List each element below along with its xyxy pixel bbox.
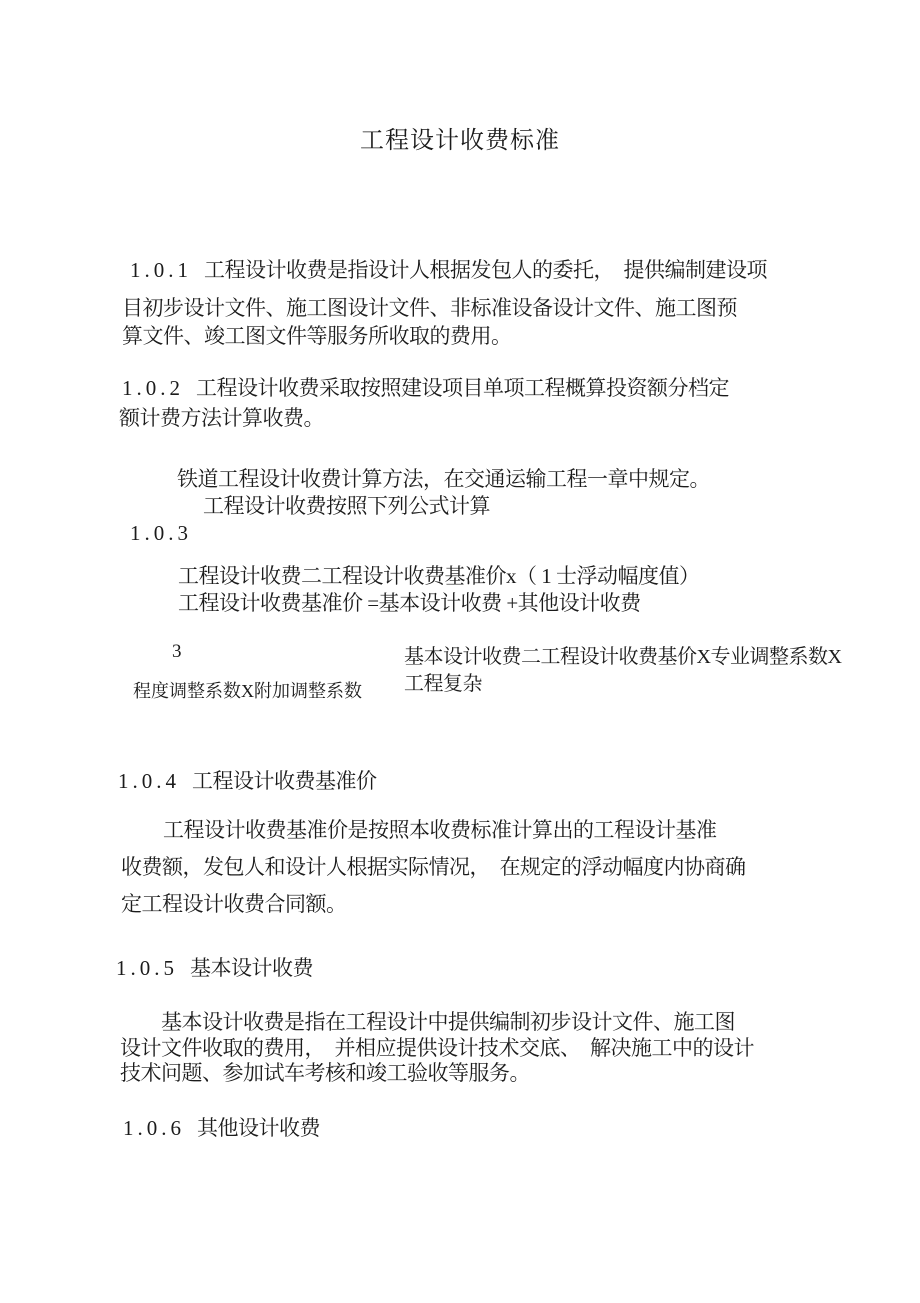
document-page: 工程设计收费标准 1.0.1工程设计收费是指设计人根据发包人的委托， 提供编制建… bbox=[0, 0, 920, 1303]
sec-1-0-3-number: 1.0.3 bbox=[130, 521, 192, 545]
sec-1-0-4-heading-text: 工程设计收费基准价 bbox=[192, 769, 377, 793]
sec-1-0-3-fragment-number: 3 bbox=[172, 641, 182, 663]
sec-1-0-3-fragment-left: 程度调整系数X附加调整系数 bbox=[133, 681, 362, 702]
sec-1-0-6-number: 1.0.6 bbox=[123, 1116, 185, 1140]
sec-1-0-3-formula-1: 工程设计收费二工程设计收费基准价x（ 1 士浮动幅度值） bbox=[178, 564, 700, 588]
sec-1-0-4-heading: 1.0.4工程设计收费基准价 bbox=[118, 769, 377, 793]
sec-1-0-6-heading-text: 其他设计收费 bbox=[197, 1116, 320, 1140]
sec-1-0-4-number: 1.0.4 bbox=[118, 769, 180, 793]
sec-1-0-3-note-railway: 铁道工程设计收费计算方法，在交通运输工程一章中规定。 bbox=[177, 467, 710, 491]
sec-1-0-6-heading: 1.0.6其他设计收费 bbox=[123, 1116, 320, 1140]
sec-1-0-2-text-1: 工程设计收费采取按照建设项目单项工程概算投资额分档定 bbox=[196, 376, 729, 400]
sec-1-0-4-line-3: 定工程设计收费合同额。 bbox=[121, 892, 347, 916]
sec-1-0-3-note-formula: 工程设计收费按照下列公式计算 bbox=[203, 494, 490, 518]
sec-1-0-1-text-1: 工程设计收费是指设计人根据发包人的委托， 提供编制建设项 bbox=[204, 258, 767, 282]
sec-1-0-1-line-1: 1.0.1工程设计收费是指设计人根据发包人的委托， 提供编制建设项 bbox=[130, 258, 767, 282]
sec-1-0-5-line-1: 基本设计收费是指在工程设计中提供编制初步设计文件、施工图 bbox=[161, 1010, 735, 1034]
sec-1-0-2-number: 1.0.2 bbox=[122, 376, 184, 400]
sec-1-0-2-line-2: 额计费方法计算收费。 bbox=[119, 406, 324, 430]
sec-1-0-5-heading: 1.0.5基本设计收费 bbox=[116, 956, 313, 980]
doc-title: 工程设计收费标准 bbox=[0, 120, 920, 155]
sec-1-0-5-number: 1.0.5 bbox=[116, 956, 178, 980]
sec-1-0-2-line-1: 1.0.2工程设计收费采取按照建设项目单项工程概算投资额分档定 bbox=[122, 376, 729, 400]
sec-1-0-1-number: 1.0.1 bbox=[130, 258, 192, 282]
sec-1-0-3-fragment-right-line-1: 基本设计收费二工程设计收费基价X专业调整系数X bbox=[404, 646, 841, 669]
sec-1-0-5-line-2: 设计文件收取的费用， 并相应提供设计技术交底、 解决施工中的设计 bbox=[120, 1036, 754, 1060]
sec-1-0-3-fragment-right-line-2: 工程复杂 bbox=[404, 673, 482, 696]
sec-1-0-5-heading-text: 基本设计收费 bbox=[190, 956, 313, 980]
sec-1-0-1-line-3: 算文件、竣工图文件等服务所收取的费用。 bbox=[122, 324, 512, 348]
sec-1-0-1-line-2: 目初步设计文件、施工图设计文件、非标准设备设计文件、施工图预 bbox=[122, 296, 737, 320]
sec-1-0-3-formula-2: 工程设计收费基准价 =基本设计收费 +其他设计收费 bbox=[178, 591, 641, 615]
sec-1-0-4-line-1: 工程设计收费基准价是按照本收费标准计算出的工程设计基准 bbox=[163, 818, 717, 842]
sec-1-0-4-line-2: 收费额，发包人和设计人根据实际情况， 在规定的浮动幅度内协商确 bbox=[121, 855, 746, 879]
sec-1-0-5-line-3: 技术问题、参加试车考核和竣工验收等服务。 bbox=[120, 1061, 530, 1085]
